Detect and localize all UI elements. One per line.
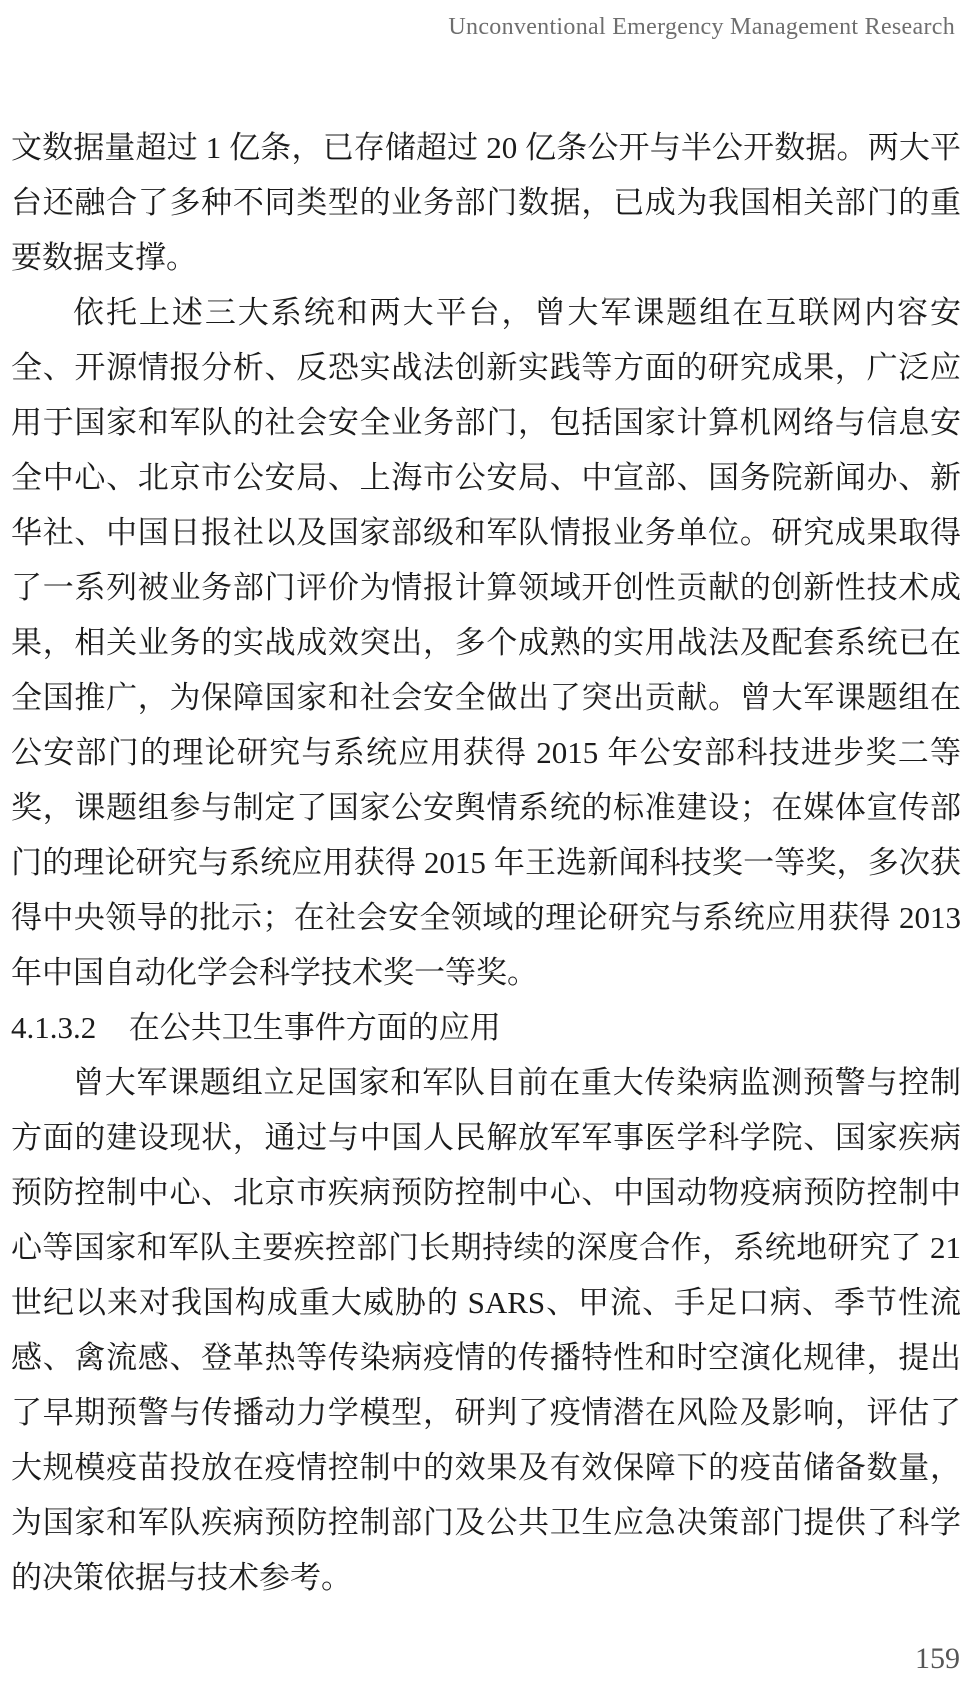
section-heading: 4.1.3.2在公共卫生事件方面的应用 (11, 1000, 961, 1055)
page-number: 159 (915, 1643, 960, 1675)
running-header: Unconventional Emergency Management Rese… (0, 12, 955, 42)
section-title: 在公共卫生事件方面的应用 (129, 1010, 501, 1045)
section-number: 4.1.3.2 (11, 1010, 96, 1045)
page-body-text: 文数据量超过 1 亿条，已存储超过 20 亿条公开与半公开数据。两大平台还融合了… (11, 120, 961, 1605)
paragraph-applications-social-security: 依托上述三大系统和两大平台，曾大军课题组在互联网内容安全、开源情报分析、反恐实战… (11, 285, 961, 1000)
paragraph-continuation: 文数据量超过 1 亿条，已存储超过 20 亿条公开与半公开数据。两大平台还融合了… (11, 120, 961, 285)
paragraph-public-health-applications: 曾大军课题组立足国家和军队目前在重大传染病监测预警与控制方面的建设现状，通过与中… (11, 1055, 961, 1605)
book-page: Unconventional Emergency Management Rese… (0, 0, 977, 1689)
